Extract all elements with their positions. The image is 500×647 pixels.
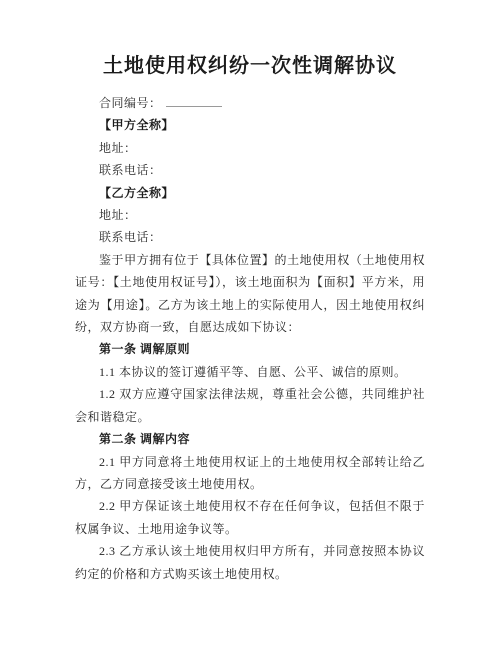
party-b-name: 【乙方全称】 xyxy=(75,182,425,204)
party-a-name: 【甲方全称】 xyxy=(75,114,425,136)
clause-1-1: 1.1 本协议的签订遵循平等、自愿、公平、诚信的原则。 xyxy=(75,361,425,383)
party-b-address-label: 地址： xyxy=(75,204,425,226)
party-a-address-label: 地址： xyxy=(75,137,425,159)
clause-1-2: 1.2 双方应遵守国家法律法规，尊重社会公德，共同维护社会和谐稳定。 xyxy=(75,383,425,428)
section-1-heading: 第一条 调解原则 xyxy=(75,338,425,360)
clause-2-2: 2.2 甲方保证该土地使用权不存在任何争议，包括但不限于权属争议、土地用途争议等… xyxy=(75,495,425,540)
section-2-heading: 第二条 调解内容 xyxy=(75,428,425,450)
clause-2-1: 2.1 甲方同意将土地使用权证上的土地使用权全部转让给乙方，乙方同意接受该土地使… xyxy=(75,451,425,496)
contract-number-blank-field xyxy=(166,94,222,107)
document-title: 土地使用权纠纷一次性调解协议 xyxy=(75,52,425,80)
preamble-paragraph: 鉴于甲方拥有位于【具体位置】的土地使用权（土地使用权证号：【土地使用权证号】），… xyxy=(75,249,425,339)
contract-number-line: 合同编号： xyxy=(75,92,425,114)
party-b-phone-label: 联系电话： xyxy=(75,226,425,248)
party-a-phone-label: 联系电话： xyxy=(75,159,425,181)
clause-2-3: 2.3 乙方承认该土地使用权归甲方所有，并同意按照本协议约定的价格和方式购买该土… xyxy=(75,540,425,585)
contract-number-label: 合同编号： xyxy=(99,96,162,110)
document-page: 土地使用权纠纷一次性调解协议 合同编号： 【甲方全称】 地址： 联系电话： 【乙… xyxy=(0,0,500,647)
